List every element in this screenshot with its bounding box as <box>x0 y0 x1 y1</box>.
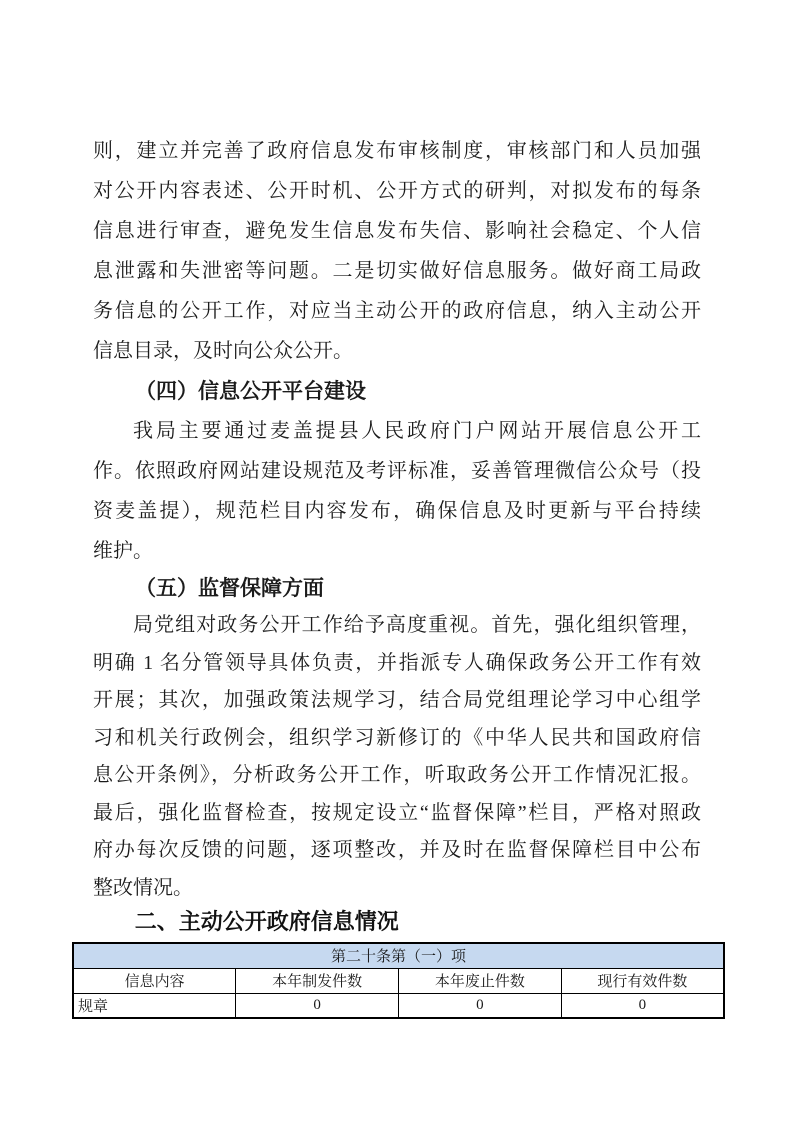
table-cell-valid: 0 <box>561 993 724 1018</box>
body-line: 开展；其次，加强政策法规学习，结合局党组理论学习中心组学 <box>93 682 701 720</box>
body-line: 维护。 <box>93 531 701 571</box>
document-page: 则，建立并完善了政府信息发布审核制度，审核部门和人员加强 对公开内容表述、公开时… <box>0 0 793 1122</box>
body-line: 习和机关行政例会，组织学习新修订的《中华人民共和国政府信 <box>93 720 701 758</box>
column-header-valid-count: 现行有效件数 <box>561 968 724 993</box>
table-cell-repealed: 0 <box>399 993 562 1018</box>
body-line: 局党组对政务公开工作给予高度重视。首先，强化组织管理， <box>93 607 701 645</box>
body-line: 息泄露和失泄密等问题。二是切实做好信息服务。做好商工局政 <box>93 251 701 291</box>
table-cell-issued: 0 <box>236 993 399 1018</box>
body-line: 信息目录，及时向公众公开。 <box>93 331 701 371</box>
paragraph-continuation: 则，建立并完善了政府信息发布审核制度，审核部门和人员加强 对公开内容表述、公开时… <box>93 131 701 371</box>
body-line: 作。依照政府网站建设规范及考评标准，妥善管理微信公众号（投 <box>93 451 701 491</box>
disclosure-table: 第二十条第（一）项 信息内容 本年制发件数 本年废止件数 现行有效件数 规章 0… <box>72 942 725 1019</box>
body-line: 对公开内容表述、公开时机、公开方式的研判，对拟发布的每条 <box>93 171 701 211</box>
paragraph-supervision: 局党组对政务公开工作给予高度重视。首先，强化组织管理， 明确 1 名分管领导具体… <box>93 607 701 907</box>
body-line: 我局主要通过麦盖提县人民政府门户网站开展信息公开工 <box>93 411 701 451</box>
body-line: 则，建立并完善了政府信息发布审核制度，审核部门和人员加强 <box>93 131 701 171</box>
section-heading-proactive-disclosure: 二、主动公开政府信息情况 <box>93 909 701 935</box>
document-content: 则，建立并完善了政府信息发布审核制度，审核部门和人员加强 对公开内容表述、公开时… <box>93 131 701 1019</box>
body-line: 明确 1 名分管领导具体负责，并指派专人确保政务公开工作有效 <box>93 645 701 683</box>
body-line: 最后，强化监督检查，按规定设立“监督保障”栏目，严格对照政 <box>93 795 701 833</box>
paragraph-platform: 我局主要通过麦盖提县人民政府门户网站开展信息公开工 作。依照政府网站建设规范及考… <box>93 411 701 571</box>
body-line: 府办每次反馈的问题，逐项整改，并及时在监督保障栏目中公布 <box>93 832 701 870</box>
section-heading-supervision: （五）监督保障方面 <box>93 571 701 607</box>
section-heading-platform: （四）信息公开平台建设 <box>93 371 701 411</box>
column-header-repealed-count: 本年废止件数 <box>399 968 562 993</box>
column-header-issued-count: 本年制发件数 <box>236 968 399 993</box>
body-line: 资麦盖提），规范栏目内容发布，确保信息及时更新与平台持续 <box>93 491 701 531</box>
table-row: 规章 0 0 0 <box>73 993 724 1018</box>
table-title: 第二十条第（一）项 <box>73 943 724 968</box>
body-line: 务信息的公开工作，对应当主动公开的政府信息，纳入主动公开 <box>93 291 701 331</box>
body-line: 信息进行审查，避免发生信息发布失信、影响社会稳定、个人信 <box>93 211 701 251</box>
table-header-row: 信息内容 本年制发件数 本年废止件数 现行有效件数 <box>73 968 724 993</box>
table-cell-category: 规章 <box>73 993 236 1018</box>
table-title-row: 第二十条第（一）项 <box>73 943 724 968</box>
column-header-info-content: 信息内容 <box>73 968 236 993</box>
body-line: 息公开条例》，分析政务公开工作，听取政务公开工作情况汇报。 <box>93 757 701 795</box>
body-line: 整改情况。 <box>93 870 701 908</box>
